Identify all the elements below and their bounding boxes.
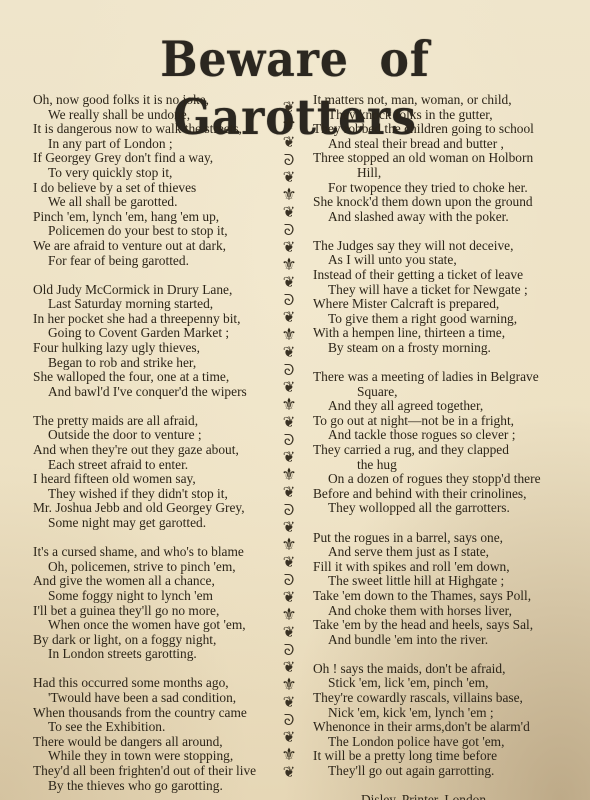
- right-column: It matters not, man, woman, or child,The…: [313, 93, 565, 800]
- verse-line: 'Twould have been a sad condition,: [33, 691, 283, 706]
- verse-line: To see the Exhibition.: [33, 720, 283, 735]
- scroll-ornament-icon: ᘐ: [274, 642, 304, 660]
- verse-line: Oh, now good folks it is no joke,: [33, 93, 283, 108]
- verse-line: We all shall be garotted.: [33, 195, 283, 210]
- verse-line: Hill,: [313, 166, 565, 181]
- ornamental-column-border: ❦⚜❦ᘐ❦⚜❦ᘐ❦⚜❦ᘐ❦⚜❦ᘐ❦⚜❦ᘐ❦⚜❦ᘐ❦⚜❦ᘐ❦⚜❦ᘐ❦⚜❦ᘐ❦⚜❦: [274, 99, 304, 779]
- stanza: Had this occurred some months ago,'Twoul…: [33, 676, 283, 793]
- verse-line: I do believe by a set of thieves: [33, 181, 283, 196]
- fleur-ornament-icon: ⚜: [274, 607, 304, 625]
- verse-line: To very quickly stop it,: [33, 166, 283, 181]
- verse-line: We really shall be undone,: [33, 108, 283, 123]
- verse-line: By steam on a frosty morning.: [313, 341, 565, 356]
- fleur-ornament-icon: ⚜: [274, 677, 304, 695]
- scroll-ornament-icon: ❦: [274, 134, 304, 152]
- scroll-ornament-icon: ❦: [274, 414, 304, 432]
- verse-line: They wished if they didn't stop it,: [33, 487, 283, 502]
- verse-line: Before and behind with their crinolines,: [313, 487, 565, 502]
- scroll-ornament-icon: ᘐ: [274, 222, 304, 240]
- verse-line: I heard fifteen old women say,: [33, 472, 283, 487]
- stanza: Oh ! says the maids, don't be afraid,Sti…: [313, 662, 565, 779]
- verse-line: Take 'em down to the Thames, says Poll,: [313, 589, 565, 604]
- verse-line: As I will unto you state,: [313, 253, 565, 268]
- fleur-ornament-icon: ⚜: [274, 187, 304, 205]
- verse-line: And they all agreed together,: [313, 399, 565, 414]
- verse-line: Three stopped an old woman on Holborn: [313, 151, 565, 166]
- left-column: Oh, now good folks it is no joke,We real…: [33, 93, 283, 800]
- scroll-ornament-icon: ❦: [274, 204, 304, 222]
- verse-line: Some night may get garotted.: [33, 516, 283, 531]
- fleur-ornament-icon: ⚜: [274, 327, 304, 345]
- verse-line: There was a meeting of ladies in Belgrav…: [313, 370, 565, 385]
- verse-line: Mr. Joshua Jebb and old Georgey Grey,: [33, 501, 283, 516]
- fleur-ornament-icon: ⚜: [274, 747, 304, 765]
- scroll-ornament-icon: ❦: [274, 274, 304, 292]
- right-stanzas: It matters not, man, woman, or child,The…: [313, 93, 565, 779]
- verse-line: Square,: [313, 385, 565, 400]
- stanza: Put the rogues in a barrel, says one,And…: [313, 531, 565, 648]
- verse-line: Whenonce in their arms,don't be alarm'd: [313, 720, 565, 735]
- verse-line: They will have a ticket for Newgate ;: [313, 283, 565, 298]
- verse-line: The pretty maids are all afraid,: [33, 414, 283, 429]
- verse-line: And slashed away with the poker.: [313, 210, 565, 225]
- stanza: It matters not, man, woman, or child,The…: [313, 93, 565, 224]
- verse-line: In any part of London ;: [33, 137, 283, 152]
- verse-line: Oh, policemen, strive to pinch 'em,: [33, 560, 283, 575]
- verse-line: Fill it with spikes and roll 'em down,: [313, 560, 565, 575]
- verse-line: She walloped the four, one at a time,: [33, 370, 283, 385]
- scroll-ornament-icon: ❦: [274, 589, 304, 607]
- verse-line: She knock'd them down upon the ground: [313, 195, 565, 210]
- verse-line: the hug: [313, 458, 565, 473]
- verse-line: Old Judy McCormick in Drury Lane,: [33, 283, 283, 298]
- verse-line: And when they're out they gaze about,: [33, 443, 283, 458]
- verse-line: The London police have got 'em,: [313, 735, 565, 750]
- verse-line: Take 'em by the head and heels, says Sal…: [313, 618, 565, 633]
- verse-line: And bundle 'em into the river.: [313, 633, 565, 648]
- fleur-ornament-icon: ⚜: [274, 117, 304, 135]
- stanza: Oh, now good folks it is no joke,We real…: [33, 93, 283, 268]
- verse-line: There would be dangers all around,: [33, 735, 283, 750]
- verse-line: Stick 'em, lick 'em, pinch 'em,: [313, 676, 565, 691]
- verse-line: To give them a right good warning,: [313, 312, 565, 327]
- verse-line: If Georgey Grey don't find a way,: [33, 151, 283, 166]
- verse-line: They knock folks in the gutter,: [313, 108, 565, 123]
- verse-line: It is dangerous now to walk the streets,: [33, 122, 283, 137]
- scroll-ornament-icon: ❦: [274, 694, 304, 712]
- verse-line: Began to rob and strike her,: [33, 356, 283, 371]
- scroll-ornament-icon: ❦: [274, 449, 304, 467]
- verse-line: When once the women have got 'em,: [33, 618, 283, 633]
- fleur-ornament-icon: ⚜: [274, 257, 304, 275]
- scroll-ornament-icon: ❦: [274, 624, 304, 642]
- verse-line: And serve them just as I state,: [313, 545, 565, 560]
- verse-line: For fear of being garotted.: [33, 254, 283, 269]
- verse-line: Where Mister Calcraft is prepared,: [313, 297, 565, 312]
- verse-line: They robbed the children going to school: [313, 122, 565, 137]
- verse-line: On a dozen of rogues they stopp'd there: [313, 472, 565, 487]
- verse-line: Four hulking lazy ugly thieves,: [33, 341, 283, 356]
- verse-line: When thousands from the country came: [33, 706, 283, 721]
- scroll-ornament-icon: ❦: [274, 239, 304, 257]
- scroll-ornament-icon: ❦: [274, 554, 304, 572]
- scroll-ornament-icon: ❦: [274, 484, 304, 502]
- verse-line: Going to Covent Garden Market ;: [33, 326, 283, 341]
- verse-line: It's a cursed shame, and who's to blame: [33, 545, 283, 560]
- verse-line: They're cowardly rascals, villains base,: [313, 691, 565, 706]
- scroll-ornament-icon: ᘐ: [274, 292, 304, 310]
- verse-line: Nick 'em, kick 'em, lynch 'em ;: [313, 706, 565, 721]
- scroll-ornament-icon: ❦: [274, 309, 304, 327]
- verse-line: And tackle those rogues so clever ;: [313, 428, 565, 443]
- scroll-ornament-icon: ᘐ: [274, 152, 304, 170]
- verse-line: Outside the door to venture ;: [33, 428, 283, 443]
- scroll-ornament-icon: ᘐ: [274, 572, 304, 590]
- verse-line: And give the women all a chance,: [33, 574, 283, 589]
- stanza: It's a cursed shame, and who's to blameO…: [33, 545, 283, 662]
- verse-line: Oh ! says the maids, don't be afraid,: [313, 662, 565, 677]
- scroll-ornament-icon: ᘐ: [274, 712, 304, 730]
- stanza: The Judges say they will not deceive,As …: [313, 239, 565, 356]
- stanza: There was a meeting of ladies in Belgrav…: [313, 370, 565, 516]
- scroll-ornament-icon: ❦: [274, 379, 304, 397]
- verse-line: The Judges say they will not deceive,: [313, 239, 565, 254]
- scroll-ornament-icon: ❦: [274, 519, 304, 537]
- verse-line: Instead of their getting a ticket of lea…: [313, 268, 565, 283]
- verse-line: They'll go out again garrotting.: [313, 764, 565, 779]
- stanza: The pretty maids are all afraid,Outside …: [33, 414, 283, 531]
- verse-line: They wollopped all the garrotters.: [313, 501, 565, 516]
- verse-line: It will be a pretty long time before: [313, 749, 565, 764]
- scroll-ornament-icon: ❦: [274, 169, 304, 187]
- verse-line: I'll bet a guinea they'll go no more,: [33, 604, 283, 619]
- verse-line: In her pocket she had a threepenny bit,: [33, 312, 283, 327]
- scroll-ornament-icon: ᘐ: [274, 502, 304, 520]
- scroll-ornament-icon: ❦: [274, 659, 304, 677]
- verse-line: And steal their bread and butter ,: [313, 137, 565, 152]
- verse-line: Had this occurred some months ago,: [33, 676, 283, 691]
- stanza: Old Judy McCormick in Drury Lane,Last Sa…: [33, 283, 283, 400]
- scroll-ornament-icon: ᘐ: [274, 362, 304, 380]
- verse-line: We are afraid to venture out at dark,: [33, 239, 283, 254]
- verse-line: Pinch 'em, lynch 'em, hang 'em up,: [33, 210, 283, 225]
- scroll-ornament-icon: ❦: [274, 99, 304, 117]
- verse-line: And bawl'd I've conquer'd the wipers: [33, 385, 283, 400]
- verse-line: It matters not, man, woman, or child,: [313, 93, 565, 108]
- broadside-page: Beware of Garotters Oh, now good folks i…: [0, 0, 590, 800]
- scroll-ornament-icon: ❦: [274, 764, 304, 779]
- verse-line: They carried a rug, and they clapped: [313, 443, 565, 458]
- fleur-ornament-icon: ⚜: [274, 397, 304, 415]
- verse-line: Each street afraid to enter.: [33, 458, 283, 473]
- verse-line: With a hempen line, thirteen a time,: [313, 326, 565, 341]
- verse-line: To go out at night—not be in a fright,: [313, 414, 565, 429]
- scroll-ornament-icon: ❦: [274, 344, 304, 362]
- verse-line: By dark or light, on a foggy night,: [33, 633, 283, 648]
- verse-line: In London streets garotting.: [33, 647, 283, 662]
- fleur-ornament-icon: ⚜: [274, 537, 304, 555]
- verse-line: Put the rogues in a barrel, says one,: [313, 531, 565, 546]
- verse-line: The sweet little hill at Highgate ;: [313, 574, 565, 589]
- verse-line: They'd all been frighten'd out of their …: [33, 764, 283, 779]
- scroll-ornament-icon: ᘐ: [274, 432, 304, 450]
- fleur-ornament-icon: ⚜: [274, 467, 304, 485]
- verse-line: Some foggy night to lynch 'em: [33, 589, 283, 604]
- verse-line: Policemen do your best to stop it,: [33, 224, 283, 239]
- verse-line: By the thieves who go garotting.: [33, 779, 283, 794]
- printer-imprint: Disley, Printer, London.: [313, 793, 565, 800]
- verse-line: For twopence they tried to choke her.: [313, 181, 565, 196]
- verse-line: And choke them with horses liver,: [313, 604, 565, 619]
- verse-line: Last Saturday morning started,: [33, 297, 283, 312]
- scroll-ornament-icon: ❦: [274, 729, 304, 747]
- verse-line: While they in town were stopping,: [33, 749, 283, 764]
